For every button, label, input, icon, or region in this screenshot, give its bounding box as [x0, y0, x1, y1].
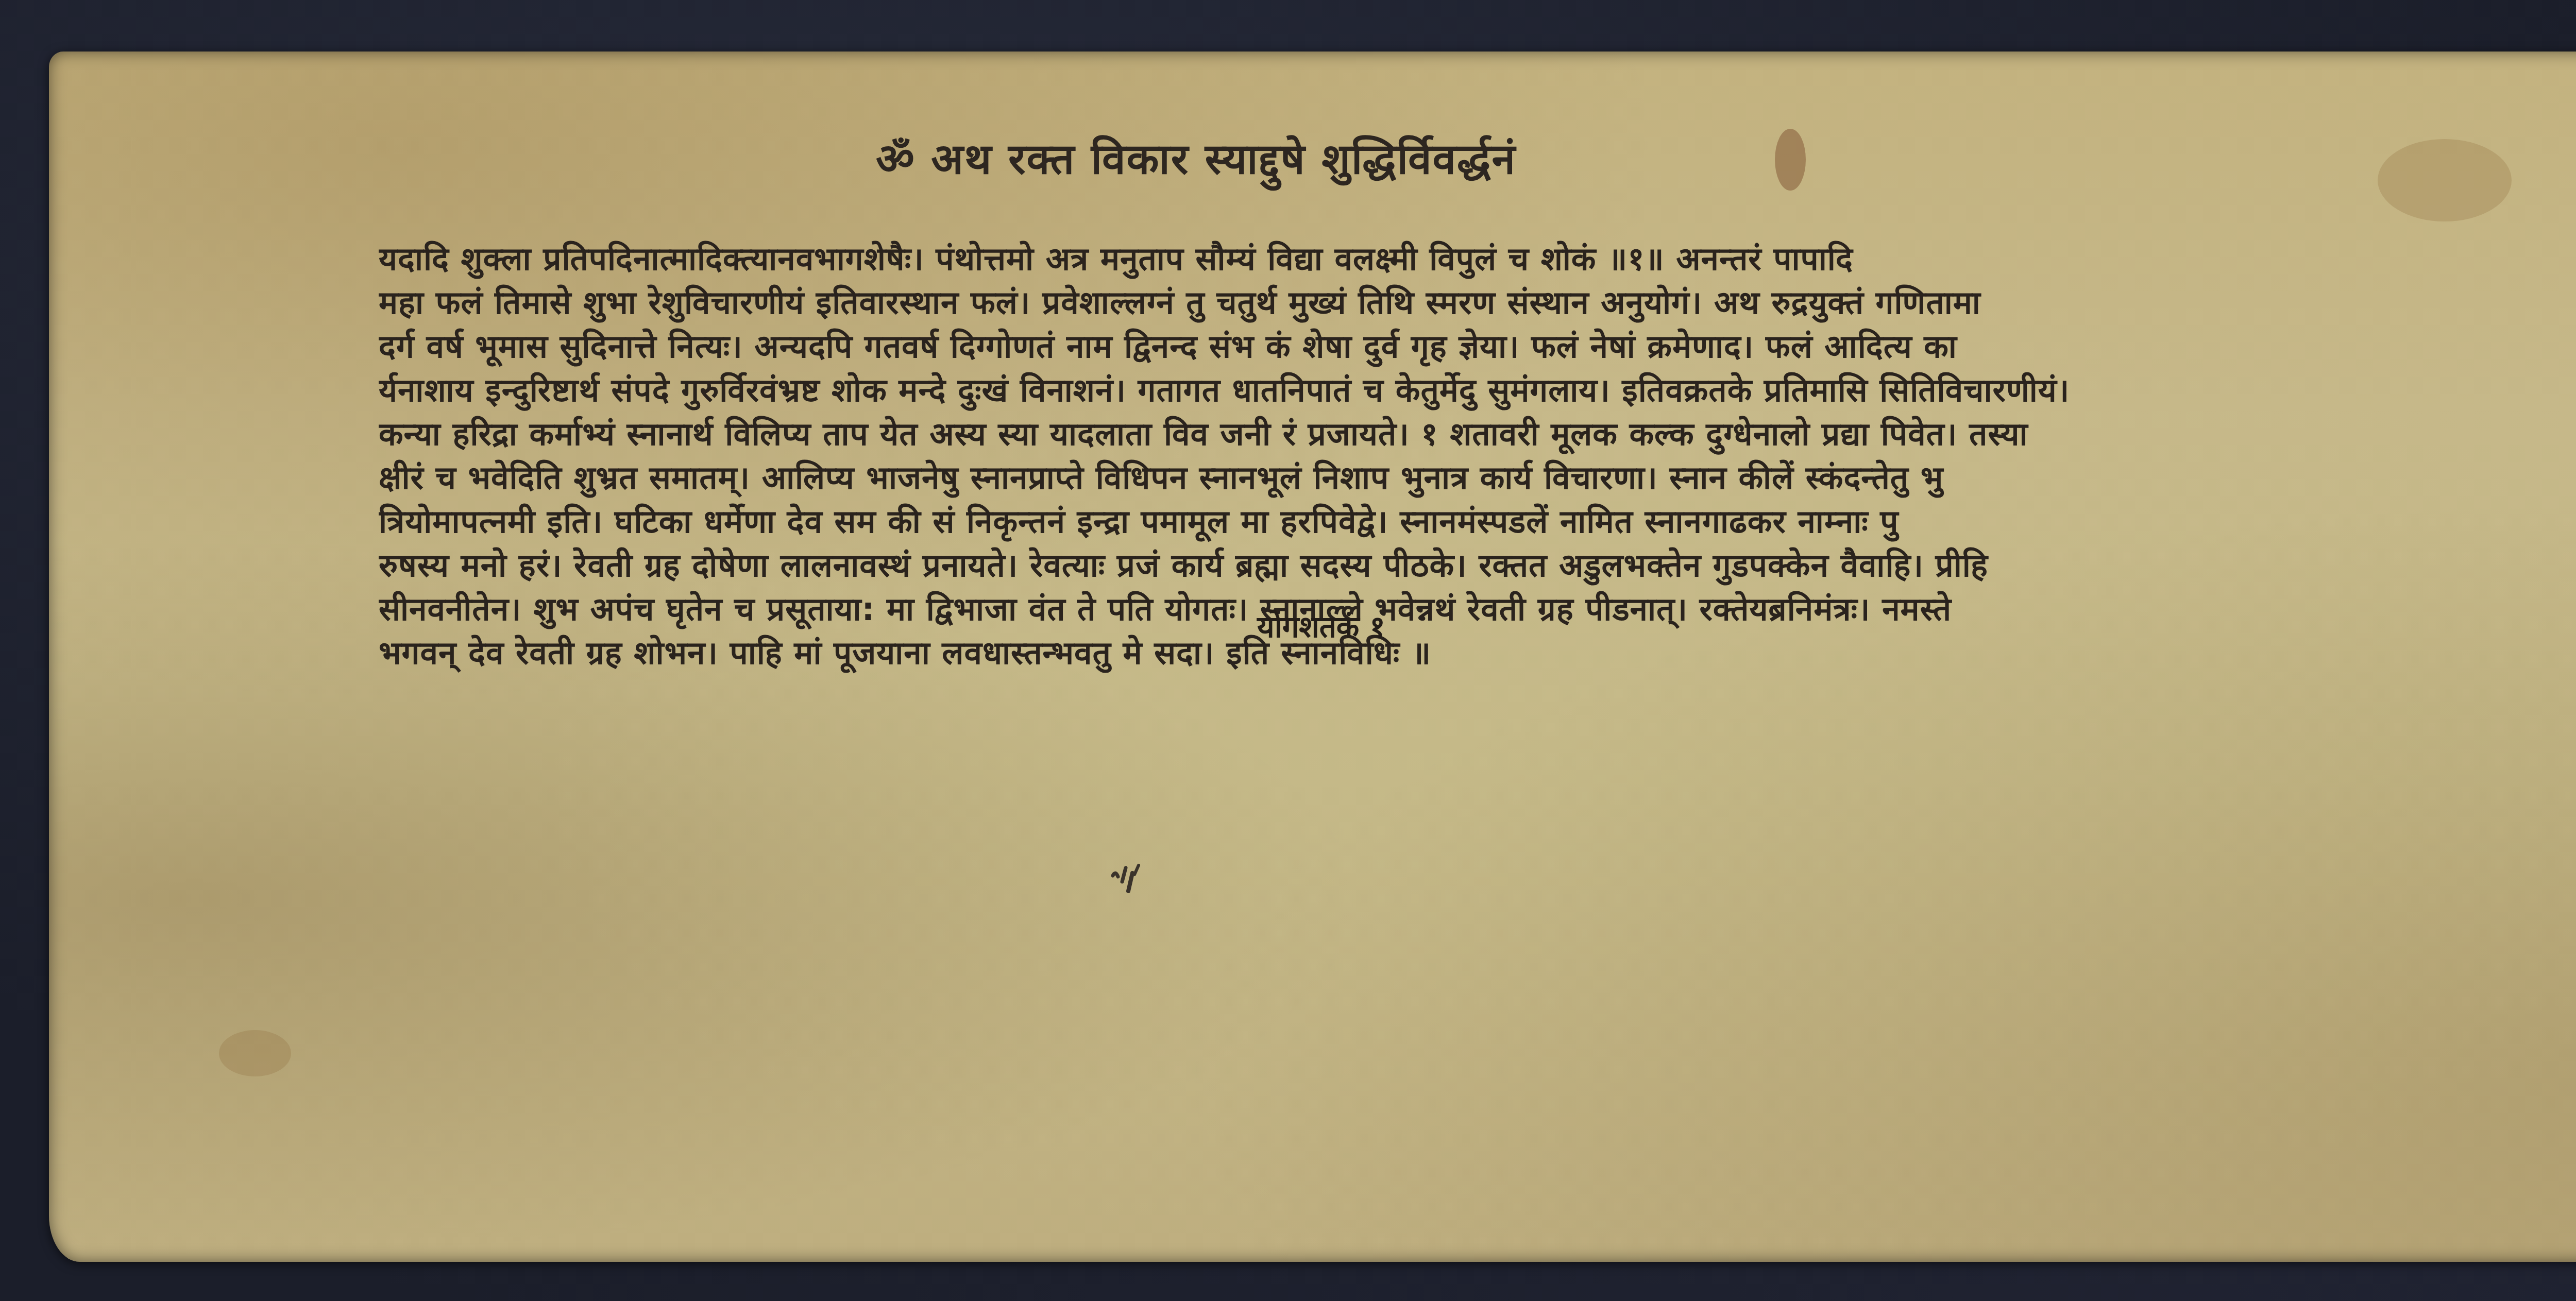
text-line-8: रुषस्य मनो हरं। रेवती ग्रह दोषेणा लालनाव…: [379, 543, 2576, 587]
text-line-7: त्रियोमापत्नमी इति। घटिका धर्मेणा देव सम…: [379, 500, 2576, 543]
text-line-1: यदादि शुक्ला प्रतिपदिनात्मादिक्त्यानवभाग…: [379, 237, 2576, 281]
text-line-10: भगवन् देव रेवती ग्रह शोभन। पाहि मां पूजय…: [379, 631, 2576, 675]
text-line-9: सीनवनीतेन। शुभ अपंच घृतेन च प्रसूताया: म…: [379, 587, 2576, 631]
text-line-6: क्षीरं च भवेदिति शुभ्रत समातम्। आलिप्य भ…: [379, 456, 2576, 500]
text-line-5: कन्या हरिद्रा कर्माभ्यं स्नानार्थ विलिप्…: [379, 412, 2576, 456]
manuscript-body: यदादि शुक्ला प्रतिपदिनात्मादिक्त्यानवभाग…: [379, 237, 2576, 675]
stain: [219, 1030, 291, 1076]
folio-heading: ॐ अथ रक्त विकार स्याद्दुषे शुद्धिर्विवर्…: [876, 129, 1516, 186]
interlinear-note: योगशतकं १: [1257, 605, 1385, 646]
text-line-3: दर्ग वर्ष भूमास सुदिनात्ते नित्यः। अन्यद…: [379, 324, 2576, 368]
text-line-2: महा फलं तिमासे शुभा रेशुविचारणीयं इतिवार…: [379, 281, 2576, 324]
stain: [1775, 129, 1806, 191]
ink-scribble-mark: [1103, 845, 1159, 901]
text-line-4: र्यनाशाय इन्दुरिष्टार्थ संपदे गुरुर्विरव…: [379, 368, 2576, 412]
stain: [2378, 139, 2512, 221]
